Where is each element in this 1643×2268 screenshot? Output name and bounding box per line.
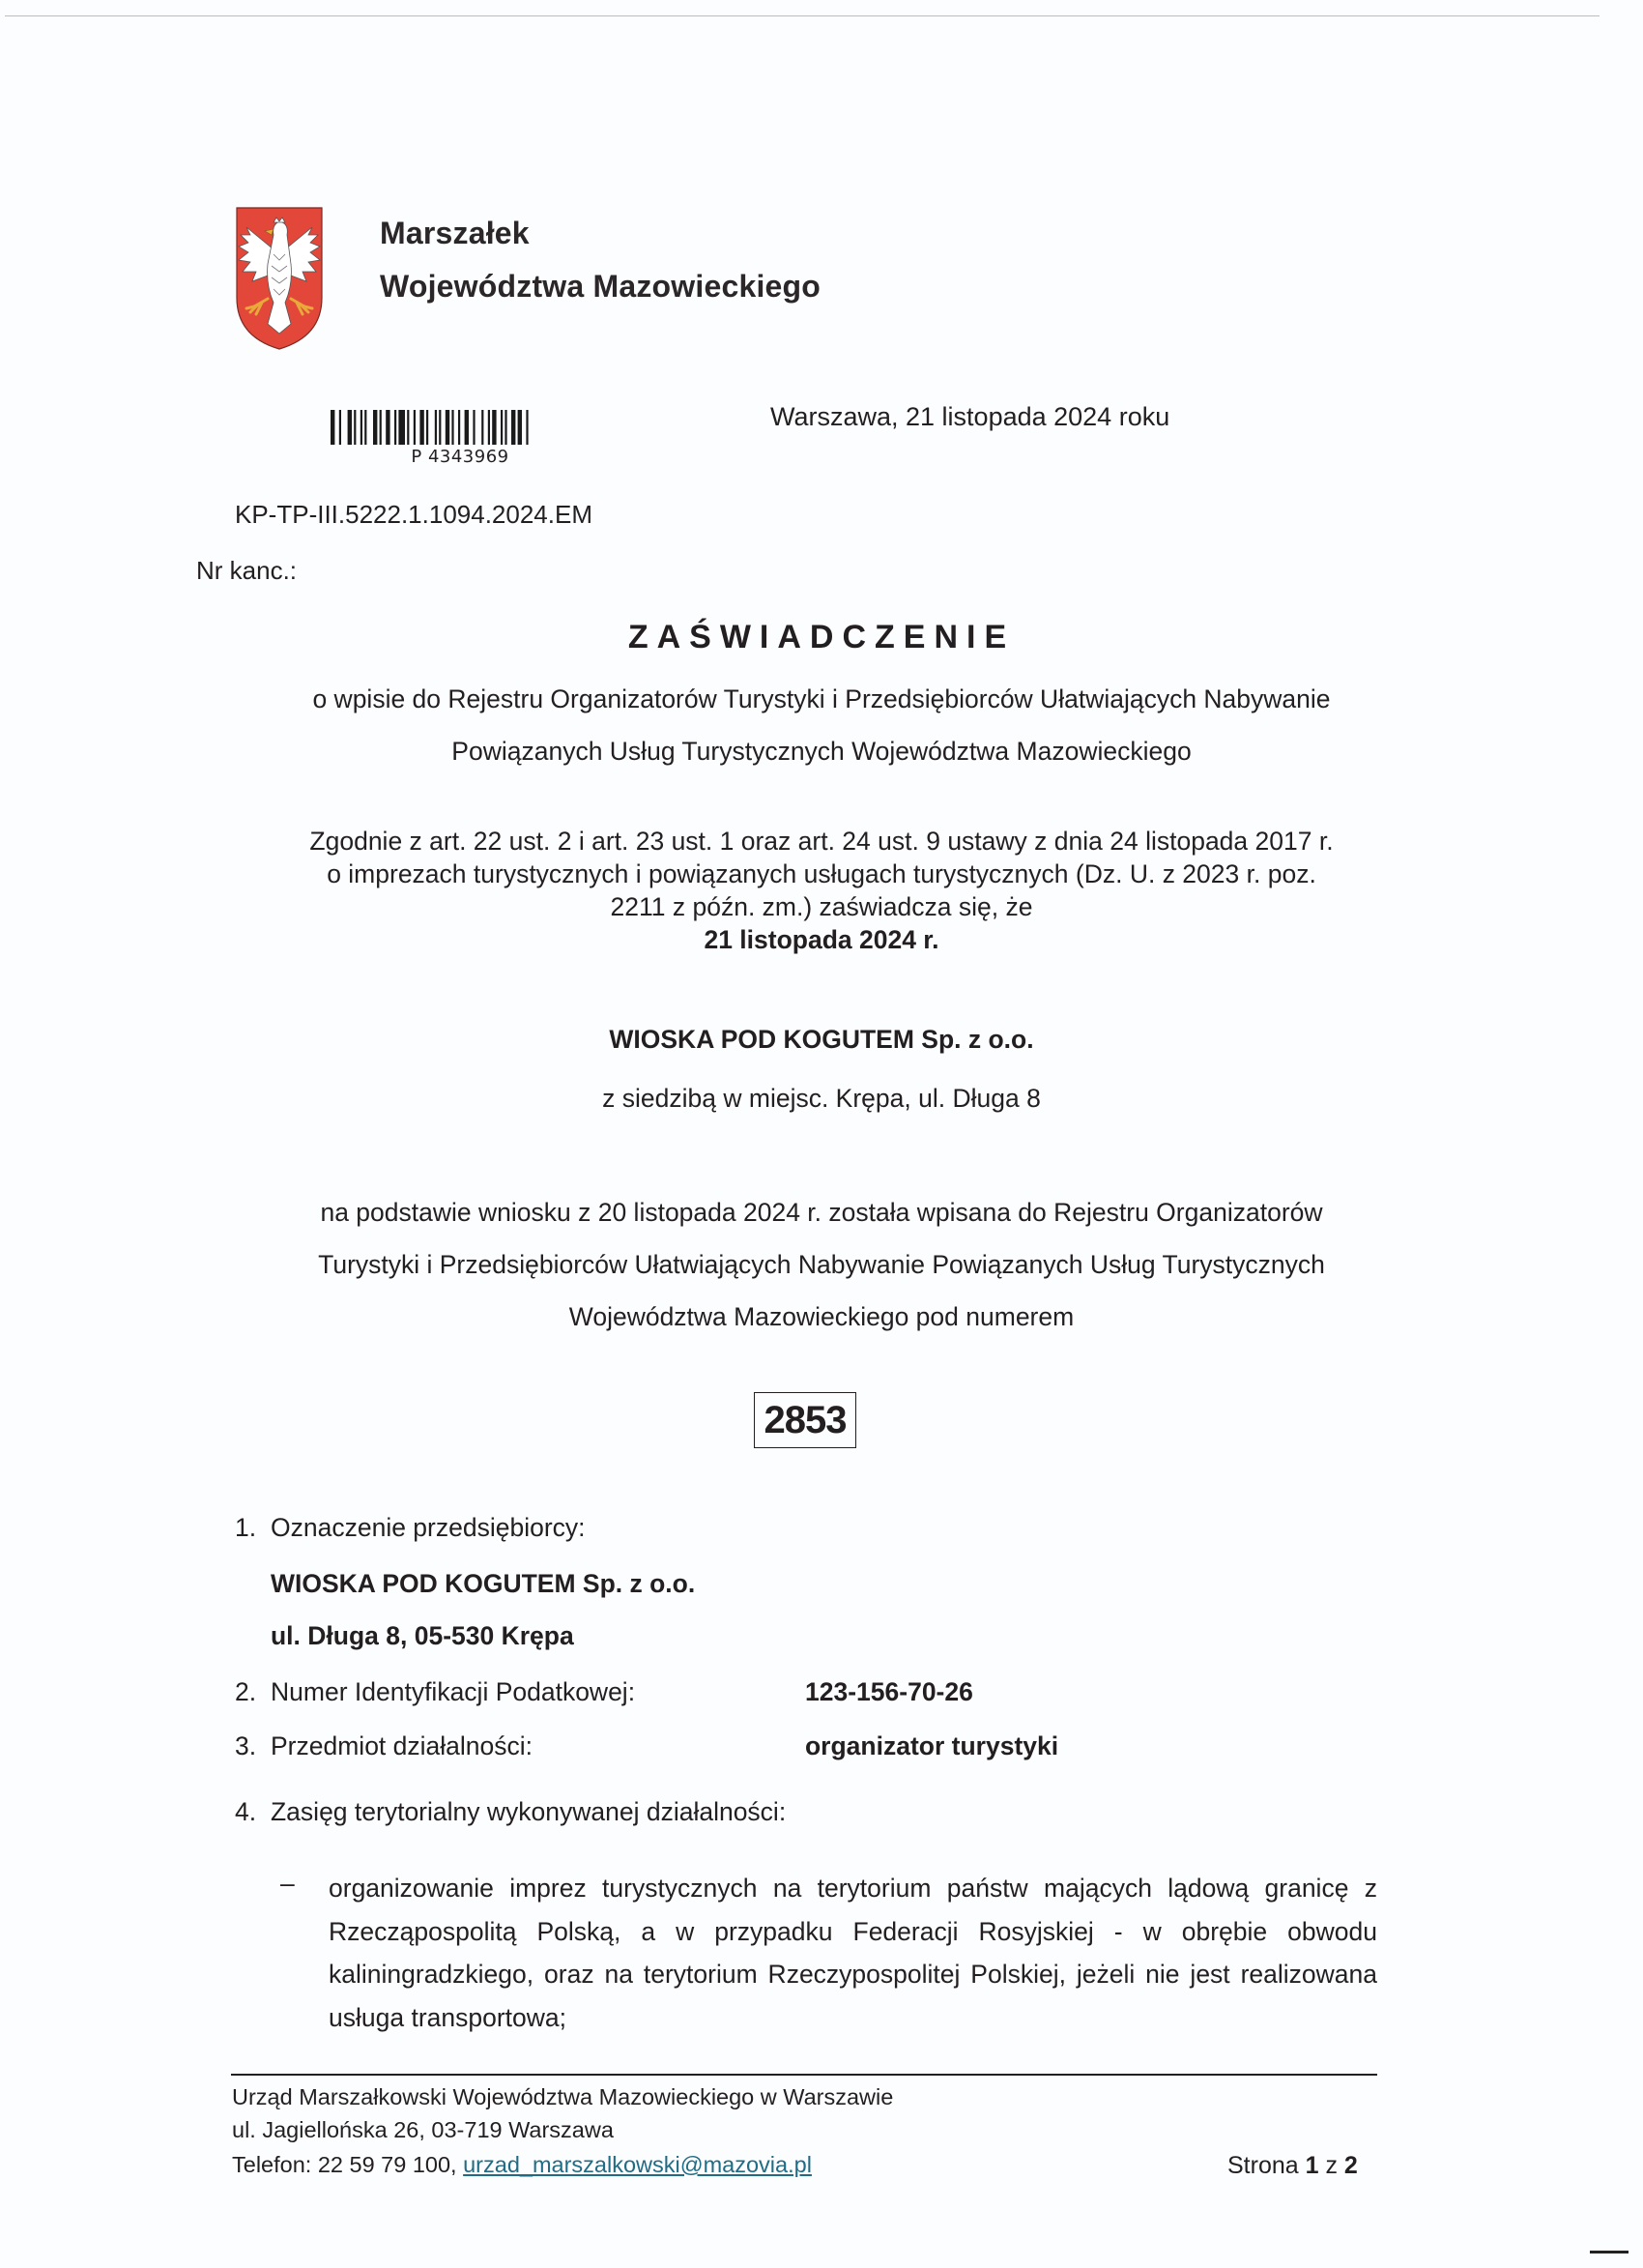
legal-basis-line-1: Zgodnie z art. 22 ust. 2 i art. 23 ust. … (0, 825, 1643, 858)
registry-number: 2853 (754, 1392, 856, 1448)
barcode-number: P 4343969 (331, 447, 580, 467)
territorial-scope-text: organizowanie imprez turystycznych na te… (329, 1867, 1377, 2039)
company-name: WIOSKA POD KOGUTEM Sp. z o.o. (0, 1025, 1643, 1055)
scan-edge-line (5, 15, 1600, 16)
office-number-label: Nr kanc.: (196, 556, 297, 586)
company-seat: z siedzibą w miejsc. Krępa, ul. Długa 8 (0, 1084, 1643, 1114)
subtitle-line-2: Powiązanych Usług Turystycznych Wojewódz… (0, 737, 1643, 767)
legal-basis-line-3: 2211 z późn. zm.) zaświadcza się, że (0, 890, 1643, 923)
date-and-place: Warszawa, 21 listopada 2024 roku (770, 402, 1169, 432)
entry-line-2: Turystyki i Przedsiębiorców Ułatwiającyc… (0, 1250, 1643, 1280)
tax-id-value: 123-156-70-26 (805, 1677, 973, 1707)
document-title: ZAŚWIADCZENIE (0, 619, 1643, 656)
footer-address: ul. Jagiellońska 26, 03-719 Warszawa (232, 2117, 614, 2143)
scan-corner-mark (1590, 2251, 1629, 2253)
page-total: 2 (1344, 2152, 1358, 2179)
footer-phone: Telefon: 22 59 79 100, (232, 2152, 463, 2177)
item-label: Oznaczenie przedsiębiorcy: (271, 1513, 586, 1543)
item-label: Zasięg terytorialny wykonywanej działaln… (271, 1797, 786, 1827)
footer-divider (231, 2074, 1377, 2076)
page-indicator: Strona 1 z 2 (1227, 2152, 1358, 2180)
case-reference: KP-TP-III.5222.1.1094.2024.EM (235, 500, 592, 530)
entry-line-1: na podstawie wniosku z 20 listopada 2024… (0, 1198, 1643, 1228)
page-current: 1 (1306, 2152, 1319, 2179)
scope-bullet: – (280, 1869, 295, 1899)
legal-basis: Zgodnie z art. 22 ust. 2 i art. 23 ust. … (0, 825, 1643, 923)
issuer-title: Marszałek (380, 207, 821, 260)
item-label: Numer Identyfikacji Podatkowej: (271, 1677, 635, 1707)
barcode-block: P 4343969 (331, 410, 580, 467)
item-number: 4. (235, 1797, 256, 1827)
footer-office-name: Urząd Marszałkowski Województwa Mazowiec… (232, 2084, 893, 2110)
activity-value: organizator turystyki (805, 1731, 1058, 1761)
footer-contact: Telefon: 22 59 79 100, urzad_marszalkows… (232, 2152, 812, 2178)
item-number: 1. (235, 1513, 256, 1543)
entry-line-3: Województwa Mazowieckiego pod numerem (0, 1302, 1643, 1332)
business-address: ul. Długa 8, 05-530 Krępa (271, 1621, 574, 1651)
page-separator: z (1319, 2152, 1344, 2179)
business-name: WIOSKA POD KOGUTEM Sp. z o.o. (271, 1569, 695, 1599)
footer-email-link[interactable]: urzad_marszalkowski@mazovia.pl (463, 2152, 812, 2177)
subtitle-line-1: o wpisie do Rejestru Organizatorów Turys… (0, 684, 1643, 714)
issuer-region: Województwa Mazowieckiego (380, 260, 821, 313)
coat-of-arms-icon (235, 206, 324, 351)
item-label: Przedmiot działalności: (271, 1731, 533, 1761)
certificate-date: 21 listopada 2024 r. (0, 925, 1643, 955)
item-number: 2. (235, 1677, 256, 1707)
page-prefix: Strona (1227, 2152, 1306, 2179)
item-number: 3. (235, 1731, 256, 1761)
legal-basis-line-2: o imprezach turystycznych i powiązanych … (0, 858, 1643, 890)
barcode-icon (331, 410, 580, 445)
issuer-name: Marszałek Województwa Mazowieckiego (380, 207, 821, 313)
